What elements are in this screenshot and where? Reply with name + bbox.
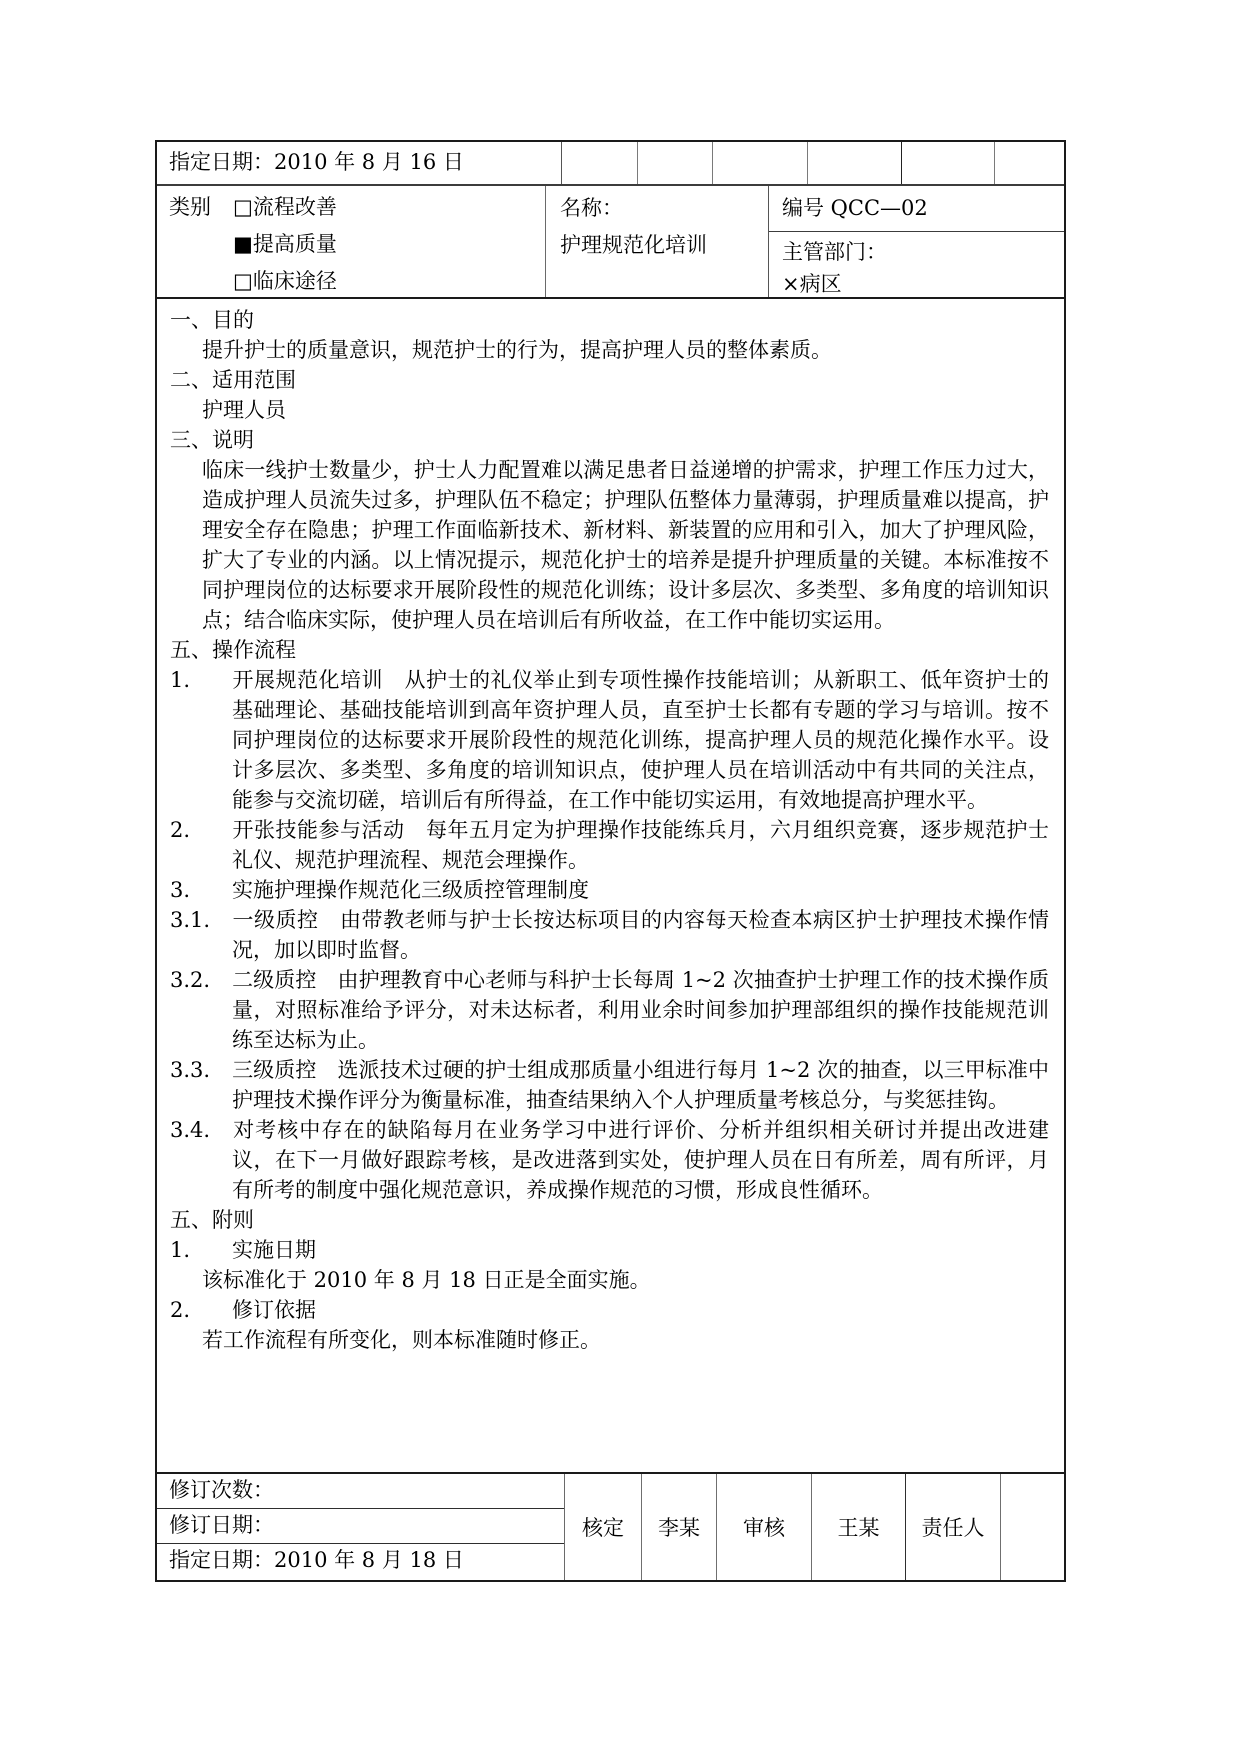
category-option-process: □流程改善: [233, 189, 545, 226]
category-label: 类别: [169, 189, 233, 297]
numbered-paragraph: 3.1.一级质控 由带教老师与护士长按达标项目的内容每天检查本病区护士护理技术操…: [170, 905, 1049, 965]
name-label: 名称：: [560, 190, 768, 227]
empty-cell: [638, 142, 713, 184]
code-cell: 编号 QCC—02: [769, 186, 1064, 232]
approver-name-review: 王某: [812, 1474, 906, 1580]
approver-role-review: 审核: [717, 1474, 812, 1580]
category-option-quality: ■提高质量: [233, 226, 545, 263]
empty-cell: [808, 142, 902, 184]
item-number: 3.4.: [170, 1115, 232, 1145]
category-options: □流程改善 ■提高质量 □临床途径: [233, 189, 545, 297]
revision-date-row: 修订日期：: [157, 1509, 564, 1544]
item-number: 3.: [170, 875, 232, 905]
checkbox-unchecked-icon: □: [233, 263, 253, 300]
responsible-person-label: 责任人: [906, 1474, 1001, 1580]
department-label: 主管部门：: [782, 236, 1064, 268]
responsible-person-value: [1001, 1474, 1064, 1580]
document-body: 一、目的 提升护士的质量意识，规范护士的行为，提高护理人员的整体素质。 二、适用…: [157, 299, 1064, 1474]
department-value: ×病区: [782, 268, 1064, 300]
numbered-paragraph: 2.开张技能参与活动 每年五月定为护理操作技能练兵月，六月组织竞赛，逐步规范护士…: [170, 815, 1049, 875]
section-heading: 二、适用范围: [170, 365, 1049, 395]
assigned-date-top: 指定日期：2010 年 8 月 16 日: [157, 142, 562, 184]
name-value: 护理规范化培训: [560, 227, 768, 264]
item-number: 2.: [170, 1295, 232, 1325]
section-heading: 五、操作流程: [170, 635, 1049, 665]
item-number: 2.: [170, 815, 232, 845]
checkbox-checked-icon: ■: [233, 226, 253, 263]
category-option-label: 流程改善: [253, 195, 337, 219]
numbered-paragraph: 2.修订依据: [170, 1295, 1049, 1325]
code-department-column: 编号 QCC—02 主管部门： ×病区: [769, 186, 1064, 297]
numbered-paragraph: 3.3.三级质控 选派技术过硬的护士组成那质量小组进行每月 1~2 次的抽查，以…: [170, 1055, 1049, 1115]
header-row: 类别 □流程改善 ■提高质量 □临床途径 名称： 护理规范化培训 编号 QCC—…: [157, 186, 1064, 299]
numbered-paragraph: 3.实施护理操作规范化三级质控管理制度: [170, 875, 1049, 905]
empty-cell: [713, 142, 808, 184]
section-heading: 三、说明: [170, 425, 1049, 455]
name-cell: 名称： 护理规范化培训: [546, 186, 769, 297]
revision-column: 修订次数： 修订日期： 指定日期：2010 年 8 月 18 日: [157, 1474, 565, 1580]
category-option-label: 提高质量: [253, 232, 337, 256]
paragraph: 护理人员: [170, 395, 1049, 425]
approver-role-verify: 核定: [565, 1474, 642, 1580]
empty-cell: [902, 142, 995, 184]
revision-count-row: 修订次数：: [157, 1474, 564, 1509]
document-page: { "header": { "row1": { "assigned_date":…: [0, 0, 1241, 1754]
category-option-label: 临床途径: [253, 269, 337, 293]
section-heading: 五、附则: [170, 1205, 1049, 1235]
paragraph: 若工作流程有所变化，则本标准随时修正。: [170, 1325, 1049, 1355]
paragraph: 临床一线护士数量少，护士人力配置难以满足患者日益递增的护需求，护理工作压力过大，…: [170, 455, 1049, 635]
item-number: 3.3.: [170, 1055, 232, 1085]
empty-cell: [562, 142, 638, 184]
numbered-paragraph: 3.4.对考核中存在的缺陷每月在业务学习中进行评价、分析并组织相关研讨并提出改进…: [170, 1115, 1049, 1205]
section-heading: 一、目的: [170, 305, 1049, 335]
approver-name-verify: 李某: [642, 1474, 717, 1580]
assigned-date-row: 指定日期：2010 年 8 月 16 日: [157, 142, 1064, 186]
footer-section: 修订次数： 修订日期： 指定日期：2010 年 8 月 18 日 核定 李某 审…: [157, 1474, 1064, 1580]
checkbox-unchecked-icon: □: [233, 189, 253, 226]
numbered-paragraph: 1.实施日期: [170, 1235, 1049, 1265]
empty-cell: [995, 142, 1064, 184]
department-cell: 主管部门： ×病区: [769, 232, 1064, 300]
category-option-clinical: □临床途径: [233, 263, 545, 300]
category-cell: 类别 □流程改善 ■提高质量 □临床途径: [157, 186, 546, 297]
item-number: 3.2.: [170, 965, 232, 995]
numbered-paragraph: 3.2.二级质控 由护理教育中心老师与科护士长每周 1~2 次抽查护士护理工作的…: [170, 965, 1049, 1055]
numbered-paragraph: 1.开展规范化培训 从护士的礼仪举止到专项性操作技能培训；从新职工、低年资护士的…: [170, 665, 1049, 815]
item-number: 3.1.: [170, 905, 232, 935]
assigned-date-bottom-row: 指定日期：2010 年 8 月 18 日: [157, 1544, 564, 1580]
paragraph: 该标准化于 2010 年 8 月 18 日正是全面实施。: [170, 1265, 1049, 1295]
item-number: 1.: [170, 665, 232, 695]
paragraph: 提升护士的质量意识，规范护士的行为，提高护理人员的整体素质。: [170, 335, 1049, 365]
qcc-form-table: 指定日期：2010 年 8 月 16 日 类别 □流程改善 ■提高质量 □临床途…: [155, 140, 1066, 1582]
item-number: 1.: [170, 1235, 232, 1265]
